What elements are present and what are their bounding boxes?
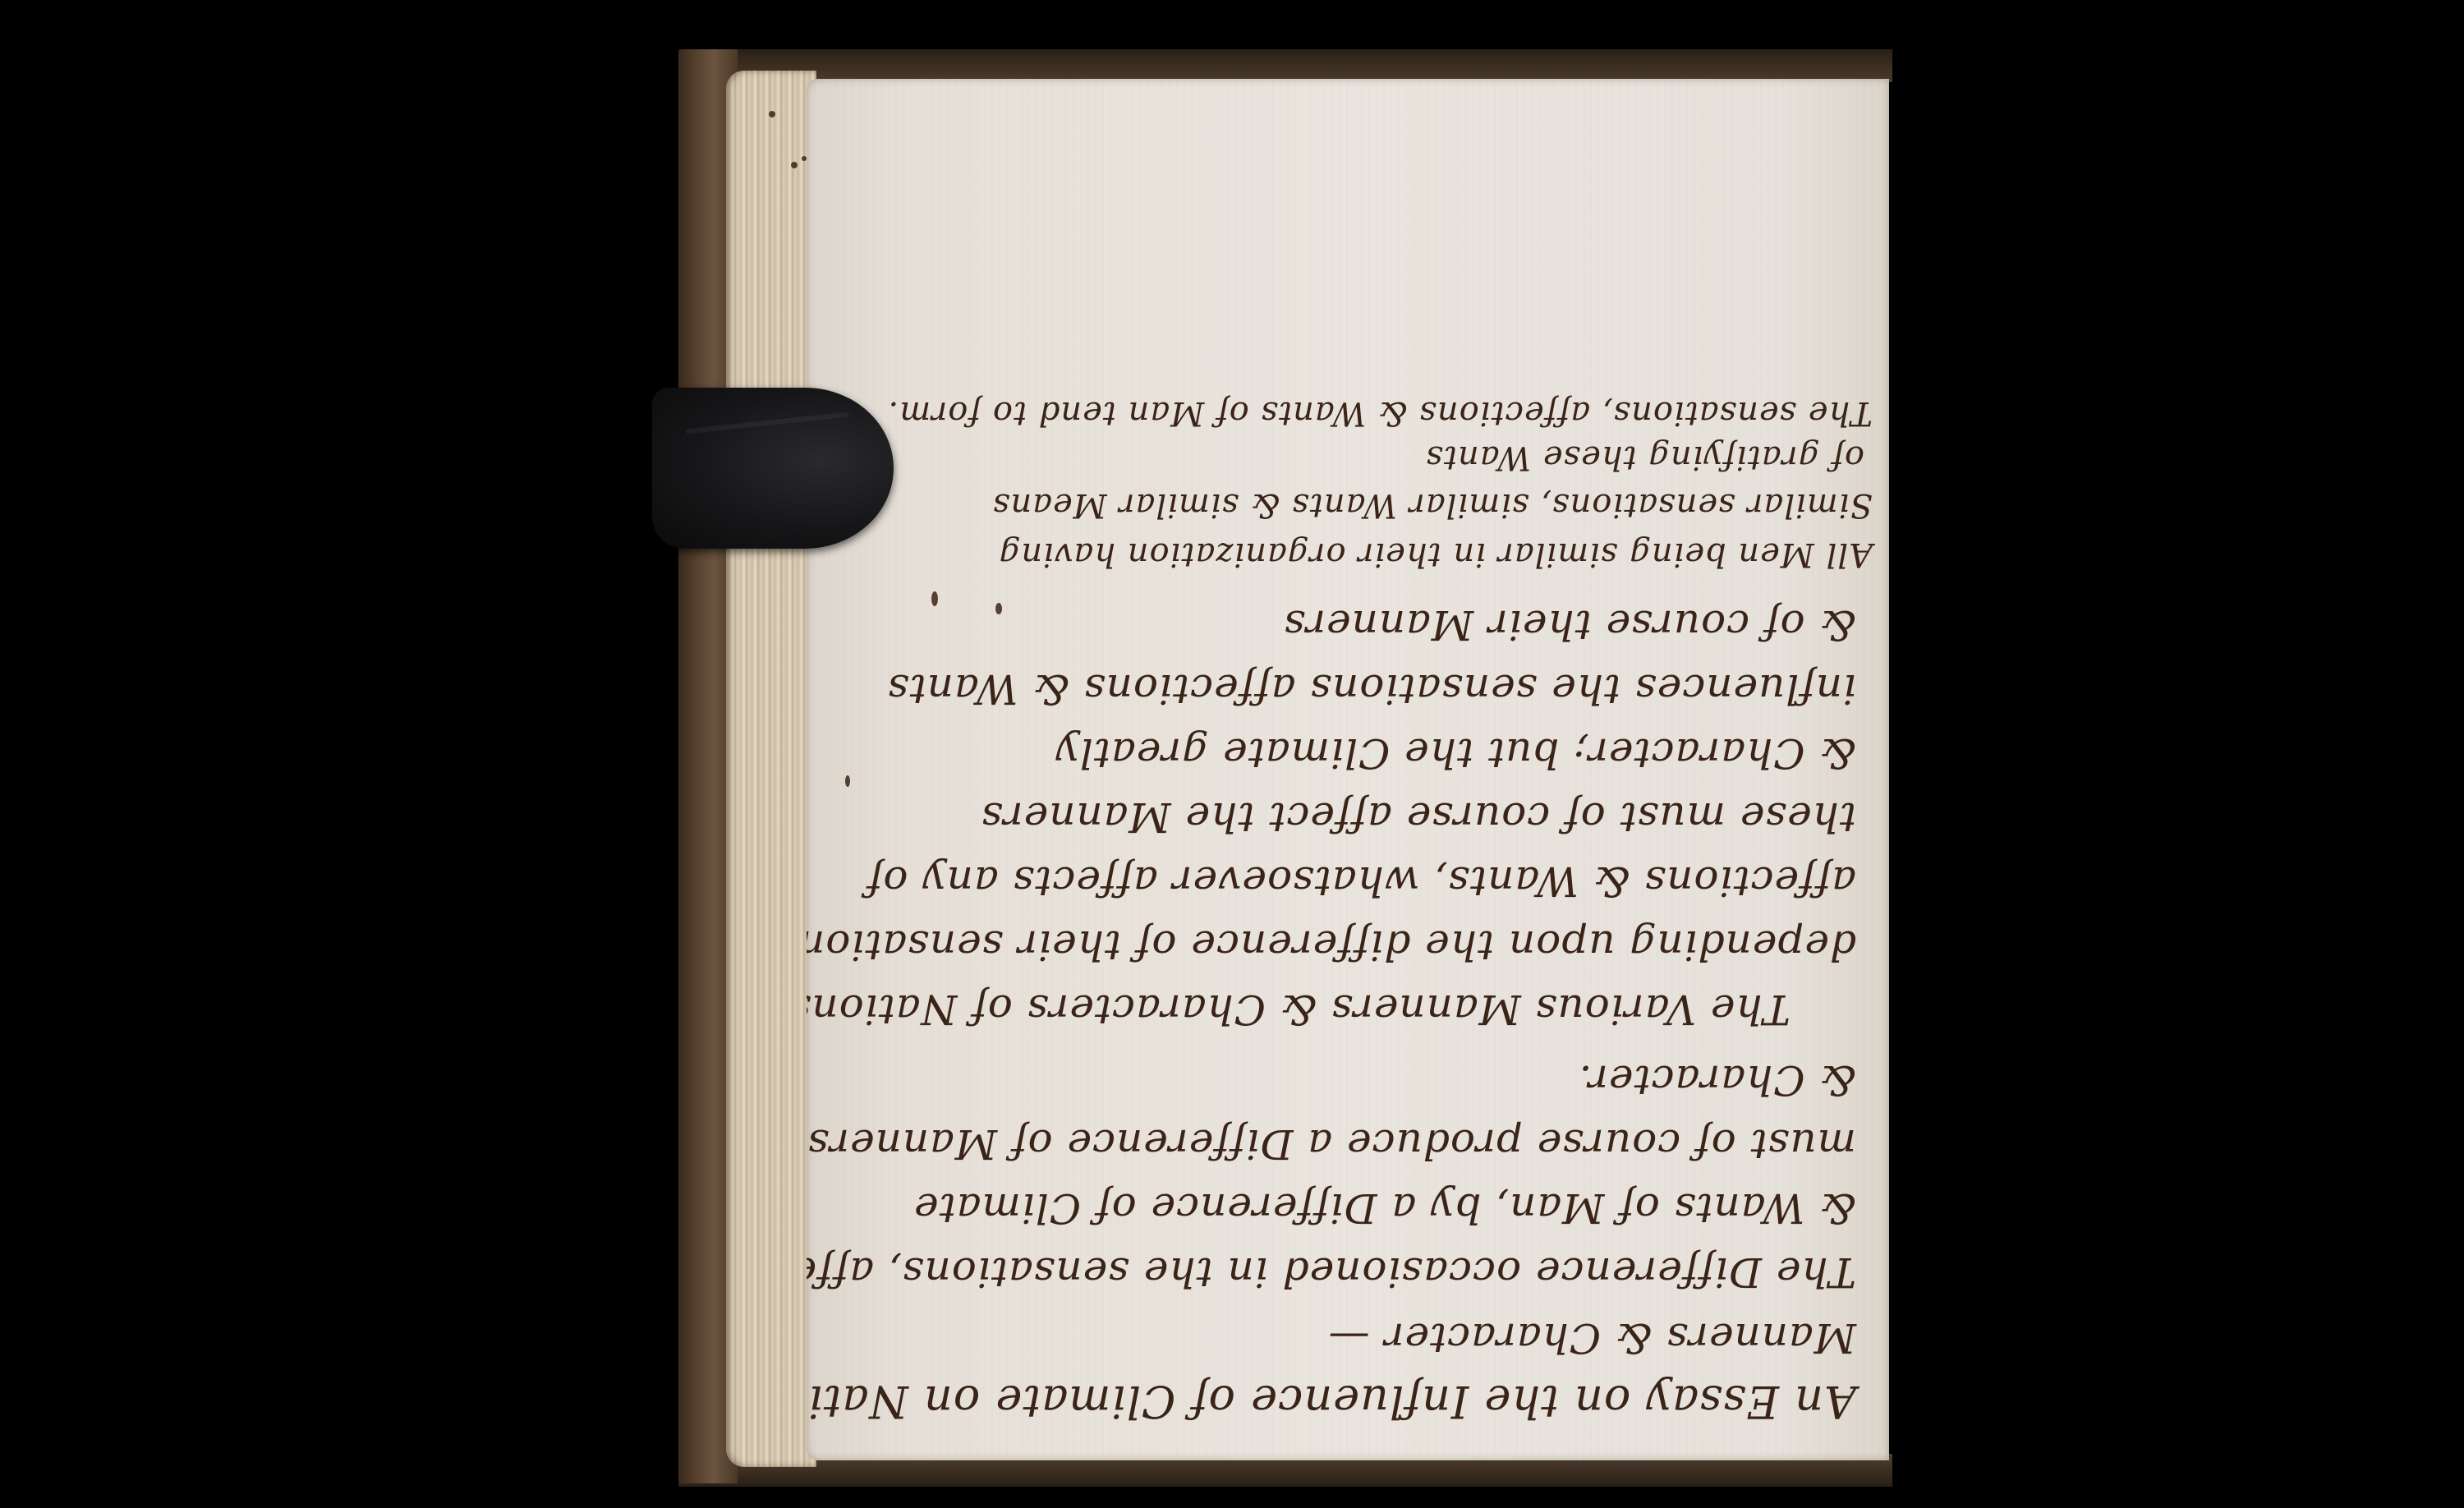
- manuscript-line: All Men being similar in their organizat…: [999, 536, 1873, 573]
- foxing-spot: [791, 162, 798, 168]
- foxing-spot: [802, 156, 807, 161]
- manuscript-text-rotated: An Essay on the Influence of Climate on …: [807, 79, 1889, 1460]
- foxing-spot: [769, 111, 775, 117]
- page-block-edges: [726, 71, 816, 1467]
- manuscript-line: & Character; but the Climate greatly: [1055, 729, 1856, 777]
- ink-blot: [931, 591, 938, 606]
- gloved-finger-holding-page: [652, 388, 894, 549]
- manuscript-page: An Essay on the Influence of Climate on …: [807, 79, 1889, 1460]
- ink-blot: [995, 603, 1002, 614]
- manuscript-line: The Various Manners & Characters of Nati…: [807, 986, 1791, 1033]
- ink-blot: [845, 775, 850, 787]
- manuscript-line: depending upon the difference of their s…: [807, 922, 1856, 969]
- manuscript-line: influences the sensations affections & W…: [887, 665, 1856, 713]
- manuscript-line: affections & Wants, whatsoever affects a…: [867, 857, 1856, 905]
- manuscript-line: Manners & Character —: [1328, 1314, 1856, 1362]
- cover-top-edge: [678, 49, 1892, 82]
- manuscript-line: these must of course affect the Manners: [981, 793, 1856, 841]
- manuscript-line: & Character.: [1579, 1056, 1856, 1104]
- manuscript-line: The Difference occasioned in the sensati…: [807, 1248, 1856, 1296]
- manuscript-line: & Wants of Man, by a Difference of Clima…: [913, 1184, 1856, 1232]
- manuscript-line-title: An Essay on the Influence of Climate on …: [807, 1376, 1856, 1428]
- bound-notebook: An Essay on the Influence of Climate on …: [678, 49, 1892, 1487]
- manuscript-line: & of course their Manners: [1284, 601, 1857, 649]
- manuscript-line: Similar sensations, similar Wants & simi…: [992, 486, 1873, 524]
- manuscript-line: of gratifying these Wants: [1425, 439, 1864, 476]
- manuscript-line: The sensations, affections & Wants of Ma…: [888, 394, 1873, 432]
- manuscript-line: must of course produce a Difference of M…: [807, 1120, 1856, 1168]
